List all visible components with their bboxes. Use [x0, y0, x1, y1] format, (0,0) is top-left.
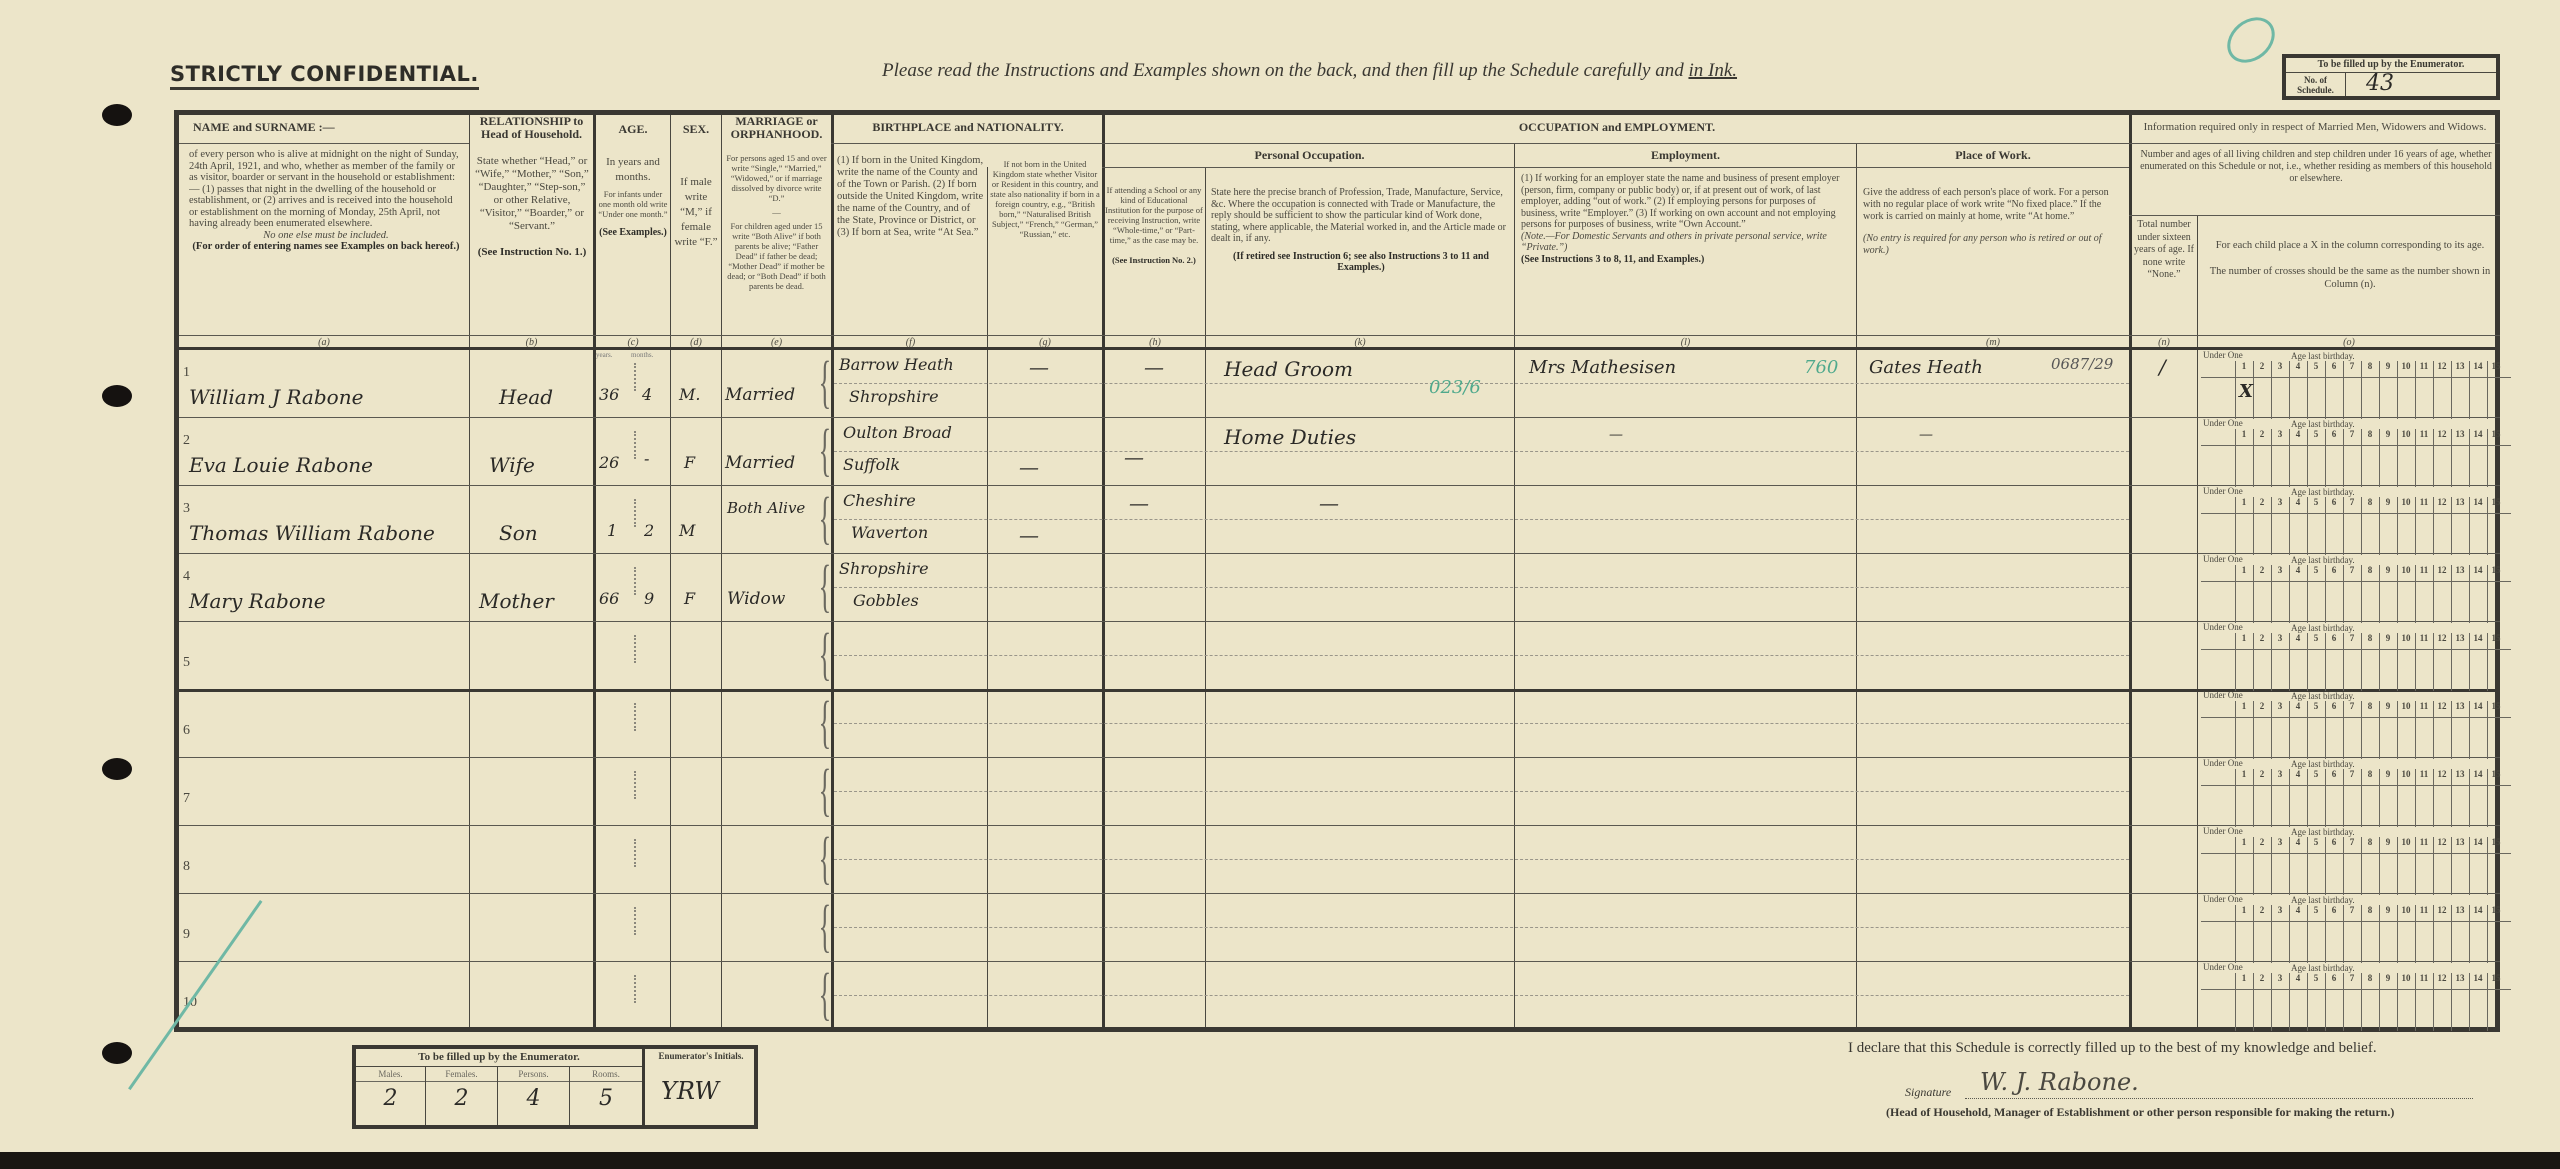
col-k-instruction: State here the precise branch of Profess… [1211, 187, 1511, 274]
col-l-instruction: (1) If working for an employer state the… [1521, 173, 1851, 265]
person-1-occupation[interactable]: Head Groom [1224, 357, 1353, 381]
person-2-relationship[interactable]: Wife [489, 453, 535, 477]
household-schedule-table: NAME and SURNAME :— of every person who … [174, 110, 2500, 1032]
person-2-birthplace-county[interactable]: Suffolk [843, 455, 900, 474]
person-1-place-of-work[interactable]: Gates Heath [1869, 357, 1983, 378]
person-1-birthplace-county[interactable]: Shropshire [849, 387, 939, 406]
col-c-instruction: In years and months. For infants under o… [598, 155, 668, 240]
col-b-title: RELATIONSHIP to Head of Household. [470, 115, 593, 141]
person-4-name[interactable]: Mary Rabone [189, 589, 326, 613]
person-1-birthplace-town[interactable]: Barrow Heath [839, 355, 954, 374]
page-title: STRICTLY CONFIDENTIAL. [170, 62, 479, 90]
fill-instructions: Please read the Instructions and Example… [882, 60, 1737, 82]
person-3-age-months[interactable]: 2 [644, 521, 654, 540]
enumerator-initials[interactable]: YRW [661, 1077, 719, 1105]
age-grid-row-6: Under One Age last birthday. 12345678910… [2201, 691, 2501, 757]
punch-hole [102, 104, 132, 126]
females-count: Females. 2 [426, 1067, 498, 1125]
person-4-age-years[interactable]: 66 [599, 589, 619, 608]
children-total-count[interactable]: / [2159, 355, 2166, 379]
person-2-employer[interactable]: — [1609, 427, 1623, 443]
person-1-occupation-code: 023/6 [1429, 377, 1481, 398]
person-1-age-months[interactable]: 4 [642, 385, 652, 404]
green-pencil-mark [2218, 8, 2284, 72]
males-count: Males. 2 [356, 1067, 426, 1125]
col-m-instruction: Give the address of each person's place … [1863, 187, 2123, 257]
punch-hole [102, 1042, 132, 1064]
person-2-nationality[interactable]: — [1019, 455, 1039, 479]
person-3-sex[interactable]: M [679, 521, 695, 540]
signature-note: (Head of Household, Manager of Establish… [1886, 1105, 2394, 1120]
col-m-title: Place of Work. [1857, 149, 2129, 162]
census-schedule-page: STRICTLY CONFIDENTIAL. Please read the I… [0, 0, 2560, 1152]
col-h-instruction: If attending a School or any kind of Edu… [1105, 185, 1203, 265]
col-b-instruction: State whether “Head,” or “Wife,” “Mother… [475, 155, 589, 259]
person-3-occupation[interactable]: — [1319, 491, 1339, 515]
col-e-instruction: For persons aged 15 and over write “Sing… [724, 153, 829, 291]
col-a-instruction: of every person who is alive at midnight… [189, 149, 463, 253]
person-1-age-years[interactable]: 36 [599, 385, 619, 404]
enumerator-totals-box: To be filled up by the Enumerator. Enume… [352, 1045, 758, 1129]
col-no-title: Information required only in respect of … [2133, 121, 2497, 134]
col-l-title: Employment. [1515, 149, 1856, 162]
person-2-age-years[interactable]: 26 [599, 453, 619, 472]
age-grid-row-7: Under One Age last birthday. 12345678910… [2201, 759, 2501, 825]
persons-count: Persons. 4 [498, 1067, 570, 1125]
person-4-relationship[interactable]: Mother [479, 589, 554, 613]
person-1-nationality[interactable]: — [1029, 355, 1049, 379]
age-grid-row-9: Under One Age last birthday. 12345678910… [2201, 895, 2501, 961]
col-k-title: Personal Occupation. [1105, 149, 1514, 162]
age-grid-row-8: Under One Age last birthday. 12345678910… [2201, 827, 2501, 893]
col-f-instruction: (1) If born in the United Kingdom, write… [837, 155, 985, 239]
person-2-sex[interactable]: F [684, 453, 695, 472]
col-e-title: MARRIAGE or ORPHANHOOD. [722, 115, 831, 141]
signature-label: Signature [1905, 1085, 1951, 1100]
punch-hole [102, 385, 132, 407]
punch-hole [102, 758, 132, 780]
person-4-birthplace-county[interactable]: Shropshire [839, 559, 929, 578]
person-1-employment-code: 760 [1804, 357, 1838, 378]
person-2-age-months[interactable]: - [644, 449, 649, 468]
person-3-age-years[interactable]: 1 [607, 521, 617, 540]
person-4-sex[interactable]: F [684, 589, 695, 608]
col-n-instruction: Total number under sixteen years of age.… [2131, 219, 2197, 282]
col-c-title: AGE. [596, 123, 670, 136]
col-g-instruction: If not born in the United Kingdom state … [989, 159, 1101, 239]
person-2-name[interactable]: Eva Louie Rabone [189, 453, 373, 477]
col-d-title: SEX. [671, 123, 721, 136]
declaration-text: I declare that this Schedule is correctl… [1848, 1040, 2377, 1057]
col-a-title: NAME and SURNAME :— [183, 121, 469, 134]
person-4-age-months[interactable]: 9 [644, 589, 654, 608]
person-2-place-of-work[interactable]: — [1919, 427, 1933, 443]
person-3-birthplace-county[interactable]: Cheshire [843, 491, 916, 510]
age-grid-row-4: Under One Age last birthday. 12345678910… [2201, 555, 2501, 621]
person-1-relationship[interactable]: Head [499, 385, 553, 409]
person-1-sex[interactable]: M. [679, 385, 700, 404]
age-grid-row-5: Under One Age last birthday. 12345678910… [2201, 623, 2501, 689]
person-1-education[interactable]: — [1144, 355, 1164, 379]
age-1-cross-mark[interactable]: X [2239, 381, 2253, 402]
person-2-birthplace-town[interactable]: Oulton Broad [843, 423, 952, 442]
person-1-place-code: 0687/29 [2051, 355, 2113, 373]
person-3-education[interactable]: — [1129, 491, 1149, 515]
age-grid-row-1: Under One Age last birthday. 12345678910… [2201, 351, 2501, 417]
age-grid-row-10: Under One Age last birthday. 12345678910… [2201, 963, 2501, 1029]
schedule-number[interactable]: 43 [2366, 71, 2394, 96]
person-1-name[interactable]: William J Rabone [189, 385, 363, 409]
person-4-birthplace-town[interactable]: Gobbles [853, 591, 919, 610]
person-2-education[interactable]: — [1124, 445, 1144, 469]
person-2-marriage[interactable]: Married [725, 453, 795, 473]
person-3-birthplace-town[interactable]: Waverton [851, 523, 928, 542]
col-no-subtitle: Number and ages of all living children a… [2135, 149, 2497, 185]
col-o-instruction: For each child place a X in the column c… [2203, 239, 2497, 291]
col-d-instruction: If male write “M,” if female write “F.” [673, 175, 719, 250]
occupation-title: OCCUPATION and EMPLOYMENT. [1105, 121, 2129, 134]
person-2-occupation[interactable]: Home Duties [1224, 425, 1356, 449]
in-ink-note: in Ink. [1688, 60, 1737, 81]
age-grid-row-3: Under One Age last birthday. 12345678910… [2201, 487, 2501, 553]
signature-field[interactable]: W. J. Rabone. [1980, 1068, 2139, 1096]
person-3-marriage[interactable]: Both Alive [727, 499, 805, 517]
age-grid-row-2: Under One Age last birthday. 12345678910… [2201, 419, 2501, 485]
person-3-name[interactable]: Thomas William Rabone [189, 521, 435, 545]
person-1-marriage[interactable]: Married [725, 385, 795, 405]
col-fg-title: BIRTHPLACE and NATIONALITY. [834, 121, 1102, 134]
schedule-number-box: To be filled up by the Enumerator. No. o… [2282, 54, 2500, 100]
person-3-nationality[interactable]: — [1019, 523, 1039, 547]
person-4-marriage[interactable]: Widow [727, 589, 785, 609]
person-1-employer[interactable]: Mrs Mathesisen [1529, 357, 1676, 378]
rooms-count: Rooms. 5 [570, 1067, 642, 1125]
person-3-relationship[interactable]: Son [499, 521, 538, 545]
